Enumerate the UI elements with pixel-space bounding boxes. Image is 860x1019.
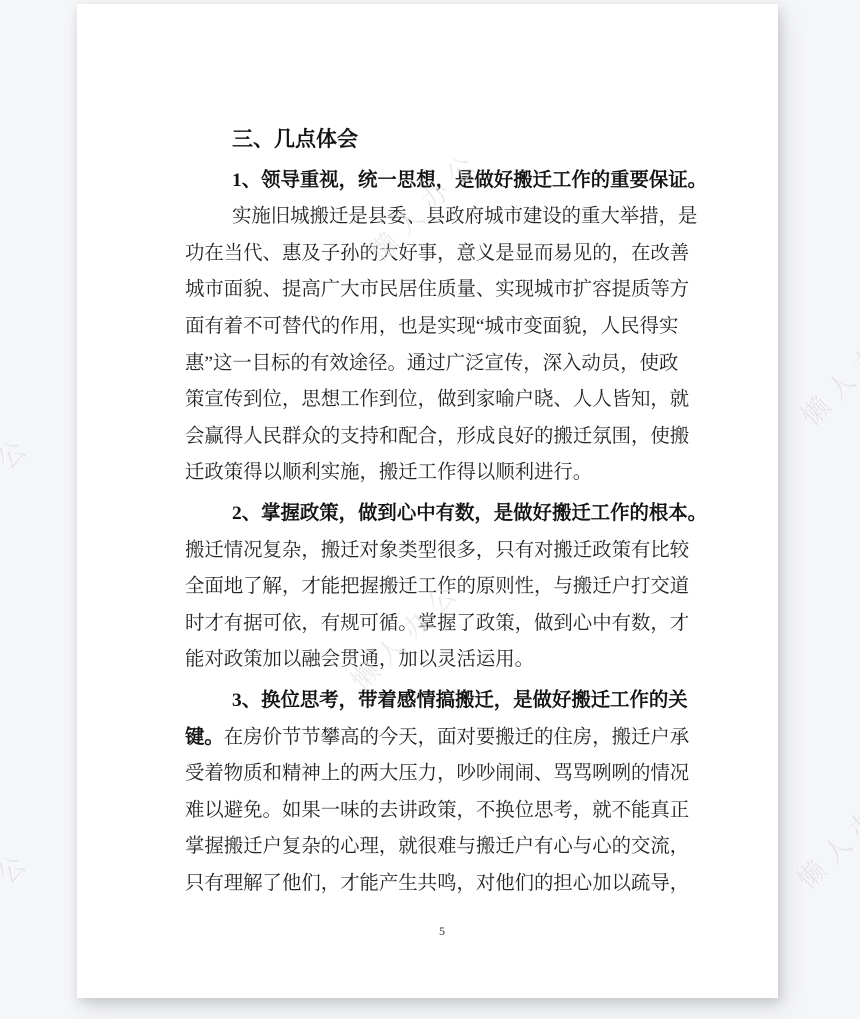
bold-text: 1、领导重视，统一思想，是做好搬迁工作的重要保证。 bbox=[232, 170, 707, 191]
document-page: 三、几点体会1、领导重视，统一思想，是做好搬迁工作的重要保证。实施旧城搬迁是县委… bbox=[77, 4, 778, 998]
watermark-text: 懒人办公 bbox=[787, 767, 860, 896]
text-line: 迁政策得以顺利实施，搬迁工作得以顺利进行。 bbox=[185, 455, 699, 492]
text-line: 面有着不可替代的作用，也是实现“城市变面貌，人民得实 bbox=[185, 309, 699, 346]
text-line: 1、领导重视，统一思想，是做好搬迁工作的重要保证。 bbox=[185, 163, 699, 200]
text-line: 实施旧城搬迁是县委、县政府城市建设的重大举措，是 bbox=[185, 199, 699, 236]
body-text: 掌握搬迁户复杂的心理，就很难与搬迁户有心与心的交流， bbox=[185, 836, 689, 857]
section-heading: 三、几点体会 bbox=[185, 122, 699, 159]
text-line: 掌握搬迁户复杂的心理，就很难与搬迁户有心与心的交流， bbox=[185, 829, 699, 866]
body-text: 面有着不可替代的作用，也是实现“城市变面貌，人民得实 bbox=[185, 316, 678, 337]
text-line: 惠”这一目标的有效途径。通过广泛宣传，深入动员，使政 bbox=[185, 346, 699, 383]
text-line: 键。在房价节节攀高的今天，面对要搬迁的住房，搬迁户承 bbox=[185, 720, 699, 757]
body-text: 惠”这一目标的有效途径。通过广泛宣传，深入动员，使政 bbox=[185, 353, 678, 374]
text-line: 功在当代、惠及子孙的大好事，意义是显而易见的，在改善 bbox=[185, 236, 699, 273]
watermark-text: 懒人办公 bbox=[0, 423, 40, 552]
watermark-text: 懒人办公 bbox=[791, 303, 860, 432]
body-text: 只有理解了他们，才能产生共鸣，对他们的担心加以疏导， bbox=[185, 873, 689, 894]
text-line: 策宣传到位，思想工作到位，做到家喻户晓、人人皆知，就 bbox=[185, 382, 699, 419]
body-text: 全面地了解，才能把握搬迁工作的原则性，与搬迁户打交道 bbox=[185, 576, 689, 597]
body-text: 策宣传到位，思想工作到位，做到家喻户晓、人人皆知，就 bbox=[185, 389, 689, 410]
body-text: 在房价节节攀高的今天，面对要搬迁的住房，搬迁户承 bbox=[224, 727, 689, 748]
text-line: 搬迁情况复杂，搬迁对象类型很多，只有对搬迁政策有比较 bbox=[185, 533, 699, 570]
bold-text: 3、换位思考，带着感情搞搬迁，是做好搬迁工作的关 bbox=[232, 690, 688, 711]
text-line: 2、掌握政策，做到心中有数，是做好搬迁工作的根本。 bbox=[185, 496, 699, 533]
body-text: 难以避免。如果一味的去讲政策，不换位思考，就不能真正 bbox=[185, 800, 689, 821]
bold-text: 三、几点体会 bbox=[232, 128, 358, 151]
text-line: 会赢得人民群众的支持和配合，形成良好的搬迁氛围，使搬 bbox=[185, 419, 699, 456]
document-content: 三、几点体会1、领导重视，统一思想，是做好搬迁工作的重要保证。实施旧城搬迁是县委… bbox=[185, 122, 699, 902]
body-text: 受着物质和精神上的两大压力，吵吵闹闹、骂骂咧咧的情况 bbox=[185, 763, 689, 784]
body-text: 能对政策加以融会贯通，加以灵活运用。 bbox=[185, 649, 534, 670]
body-text: 时才有据可依，有规可循。掌握了政策，做到心中有数，才 bbox=[185, 613, 689, 634]
watermark-text: 懒人办公 bbox=[0, 838, 40, 967]
text-line: 时才有据可依，有规可循。掌握了政策，做到心中有数，才 bbox=[185, 606, 699, 643]
body-text: 搬迁情况复杂，搬迁对象类型很多，只有对搬迁政策有比较 bbox=[185, 540, 689, 561]
body-text: 城市面貌、提高广大市民居住质量、实现城市扩容提质等方 bbox=[185, 279, 689, 300]
body-text: 实施旧城搬迁是县委、县政府城市建设的重大举措，是 bbox=[232, 206, 697, 227]
body-text: 迁政策得以顺利实施，搬迁工作得以顺利进行。 bbox=[185, 462, 592, 483]
page-number: 5 bbox=[185, 924, 699, 939]
text-line: 能对政策加以融会贯通，加以灵活运用。 bbox=[185, 642, 699, 679]
bold-text: 2、掌握政策，做到心中有数，是做好搬迁工作的根本。 bbox=[232, 503, 707, 524]
body-text: 会赢得人民群众的支持和配合，形成良好的搬迁氛围，使搬 bbox=[185, 426, 689, 447]
document-viewer: 三、几点体会1、领导重视，统一思想，是做好搬迁工作的重要保证。实施旧城搬迁是县委… bbox=[0, 0, 860, 1019]
text-line: 受着物质和精神上的两大压力，吵吵闹闹、骂骂咧咧的情况 bbox=[185, 756, 699, 793]
text-line: 城市面貌、提高广大市民居住质量、实现城市扩容提质等方 bbox=[185, 272, 699, 309]
text-line: 难以避免。如果一味的去讲政策，不换位思考，就不能真正 bbox=[185, 793, 699, 830]
body-text: 功在当代、惠及子孙的大好事，意义是显而易见的，在改善 bbox=[185, 243, 689, 264]
text-line: 只有理解了他们，才能产生共鸣，对他们的担心加以疏导， bbox=[185, 866, 699, 903]
text-line: 全面地了解，才能把握搬迁工作的原则性，与搬迁户打交道 bbox=[185, 569, 699, 606]
text-line: 3、换位思考，带着感情搞搬迁，是做好搬迁工作的关 bbox=[185, 683, 699, 720]
bold-text: 键。 bbox=[185, 727, 224, 748]
